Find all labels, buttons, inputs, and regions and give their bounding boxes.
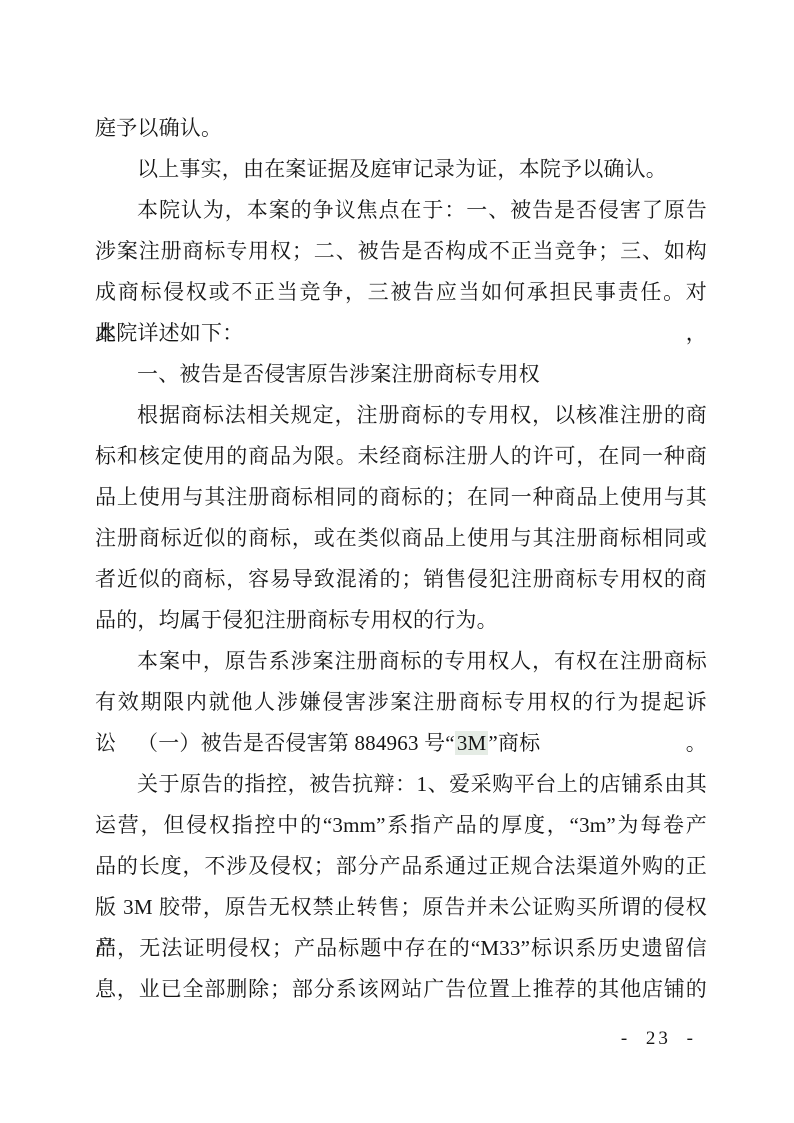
document-page: 庭予以确认。 以上事实，由在案证据及庭审记录为证，本院予以确认。 本院认为，本案… <box>0 0 794 1123</box>
text-line: 品上使用与其注册商标相同的商标的；在同一种商品上使用与其 <box>95 477 707 518</box>
text-line: 涉案注册商标专用权；二、被告是否构成不正当竞争；三、如构 <box>95 231 707 272</box>
text-line: 成商标侵权或不正当竞争，三被告应当如何承担民事责任。对此， <box>95 272 707 313</box>
judgment-text-block: 庭予以确认。 以上事实，由在案证据及庭审记录为证，本院予以确认。 本院认为，本案… <box>95 108 707 1010</box>
text-line: 息，业已全部删除；部分系该网站广告位置上推荐的其他店铺的 <box>95 969 707 1010</box>
text-line: 者近似的商标，容易导致混淆的；销售侵犯注册商标专用权的商 <box>95 559 707 600</box>
text-line: 运营，但侵权指控中的“3mm”系指产品的厚度，“3m”为每卷产 <box>95 805 707 846</box>
subsection-heading-pre: （一）被告是否侵害第 884963 号“ <box>137 731 455 755</box>
text-line: 关于原告的指控，被告抗辩：1、爱采购平台上的店铺系由其 <box>95 764 707 805</box>
text-line: 有效期限内就他人涉嫌侵害涉案注册商标专用权的行为提起诉讼。 <box>95 682 707 723</box>
text-line: 品的长度，不涉及侵权；部分产品系通过正规合法渠道外购的正 <box>95 846 707 887</box>
text-line: 庭予以确认。 <box>95 108 707 149</box>
page-number: - 23 - <box>621 1028 696 1050</box>
text-line: 注册商标近似的商标，或在类似商品上使用与其注册商标相同或 <box>95 518 707 559</box>
text-line: 版 3M 胶带，原告无权禁止转售；原告并未公证购买所谓的侵权产 <box>95 887 707 928</box>
subsection-heading-post: ”商标 <box>488 731 540 755</box>
text-line: 品的，均属于侵犯注册商标专用权的行为。 <box>95 600 707 641</box>
text-line: 本院认为，本案的争议焦点在于：一、被告是否侵害了原告 <box>95 190 707 231</box>
text-line: 标和核定使用的商品为限。未经商标注册人的许可，在同一种商 <box>95 436 707 477</box>
text-line: 品，无法证明侵权；产品标题中存在的“M33”标识系历史遗留信 <box>95 928 707 969</box>
section-heading: 一、被告是否侵害原告涉案注册商标专用权 <box>95 354 707 395</box>
text-line: 以上事实，由在案证据及庭审记录为证，本院予以确认。 <box>95 149 707 190</box>
trademark-3m-highlight: 3M <box>455 731 489 755</box>
text-line: 根据商标法相关规定，注册商标的专用权，以核准注册的商 <box>95 395 707 436</box>
text-line: 本案中，原告系涉案注册商标的专用权人，有权在注册商标 <box>95 641 707 682</box>
